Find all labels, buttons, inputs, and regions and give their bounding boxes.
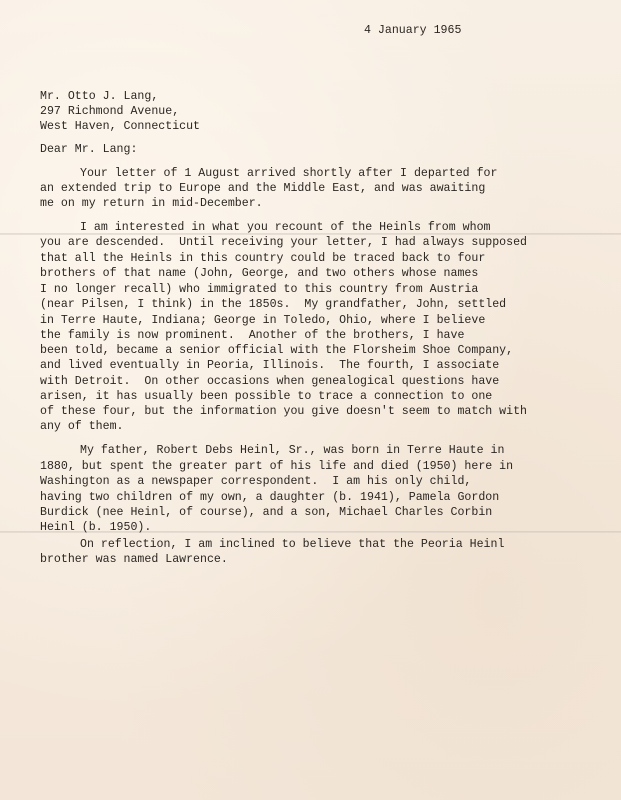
paragraph-line: you are descended. Until receiving your … — [40, 235, 527, 250]
paragraph-line: Burdick (nee Heinl, of course), and a so… — [40, 505, 492, 520]
paragraph-line: that all the Heinls in this country coul… — [40, 251, 485, 266]
paragraph-line: Heinl (b. 1950). — [40, 520, 151, 535]
paragraph-line: arisen, it has usually been possible to … — [40, 389, 492, 404]
recipient-name: Mr. Otto J. Lang, — [40, 89, 158, 104]
paragraph-line: and lived eventually in Peoria, Illinois… — [40, 358, 499, 373]
paragraph-line: Your letter of 1 August arrived shortly … — [40, 166, 497, 181]
salutation: Dear Mr. Lang: — [40, 142, 137, 157]
paragraph-line: any of them. — [40, 419, 124, 434]
paragraph-line: (near Pilsen, I think) in the 1850s. My … — [40, 297, 506, 312]
paragraph-line: in Terre Haute, Indiana; George in Toled… — [40, 313, 485, 328]
letter-page: 4 January 1965 Mr. Otto J. Lang, 297 Ric… — [0, 0, 621, 800]
paragraph-line: the family is now prominent. Another of … — [40, 328, 464, 343]
paragraph-line: I am interested in what you recount of t… — [40, 220, 491, 235]
letter-date: 4 January 1965 — [364, 23, 461, 38]
paragraph-line: of these four, but the information you g… — [40, 404, 527, 419]
paragraph-line: been told, became a senior official with… — [40, 343, 513, 358]
paragraph-line: having two children of my own, a daughte… — [40, 490, 499, 505]
paragraph-line: On reflection, I am inclined to believe … — [40, 537, 504, 552]
paragraph-line: 1880, but spent the greater part of his … — [40, 459, 513, 474]
paragraph-line: brother was named Lawrence. — [40, 552, 228, 567]
paragraph-line: with Detroit. On other occasions when ge… — [40, 374, 499, 389]
recipient-street: 297 Richmond Avenue, — [40, 104, 179, 119]
paragraph-line: My father, Robert Debs Heinl, Sr., was b… — [40, 443, 504, 458]
recipient-city: West Haven, Connecticut — [40, 119, 200, 134]
paragraph-line: an extended trip to Europe and the Middl… — [40, 181, 485, 196]
paragraph-line: Washington as a newspaper correspondent.… — [40, 474, 471, 489]
paragraph-line: me on my return in mid-December. — [40, 196, 263, 211]
paragraph-line: I no longer recall) who immigrated to th… — [40, 282, 478, 297]
paragraph-line: brothers of that name (John, George, and… — [40, 266, 478, 281]
